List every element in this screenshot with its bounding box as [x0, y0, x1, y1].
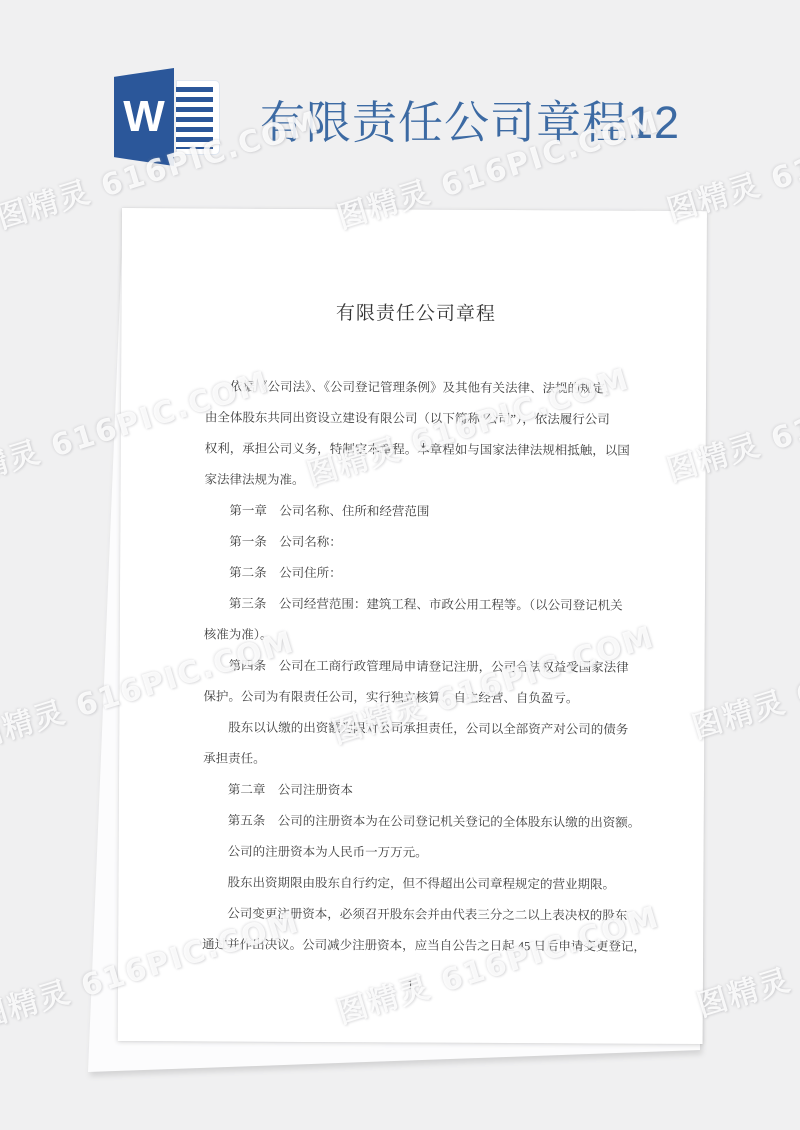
doc-line: 第二章 公司注册资本: [203, 774, 624, 807]
header-title: 有限责任公司章程12: [260, 86, 680, 151]
word-letter: W: [123, 95, 165, 139]
preview-canvas: W 有限责任公司章程12 有限责任公司章程 依据《公司法》、《公司登记管理条例》…: [0, 0, 800, 1130]
doc-line: 股东出资期限由股东自行约定，但不得超出公司章程规定的营业期限。: [202, 867, 623, 900]
doc-line: 通过并作出决议。公司减少注册资本，应当自公告之日起 45 日后申请变更登记，: [202, 929, 623, 962]
word-icon: W: [112, 66, 234, 168]
doc-line: 第二条 公司住所：: [204, 557, 625, 590]
doc-line: 第一条 公司名称：: [204, 526, 625, 559]
word-doc-sheet: [176, 80, 220, 155]
doc-line: 第三条 公司经营范围：建筑工程、市政公用工程等。（以公司登记机关: [204, 588, 625, 621]
doc-line: 权利，承担公司义务，特制定本章程。本章程如与国家法律法规相抵触，以国: [205, 433, 626, 466]
doc-line: 保护。公司为有限责任公司，实行独立核算、自主经营、自负盈亏。: [203, 681, 624, 714]
doc-line: 公司变更注册资本，必须召开股东会并由代表三分之二以上表决权的股东: [202, 898, 623, 931]
doc-line: 股东以认缴的出资额为限对公司承担责任，公司以全部资产对公司的债务: [203, 712, 624, 745]
doc-body: 依据《公司法》、《公司登记管理条例》及其他有关法律、法规的规定，由全体股东共同出…: [202, 371, 626, 962]
doc-line: 第一章 公司名称、住所和经营范围: [204, 495, 625, 528]
word-doc-lines: [176, 87, 213, 149]
doc-line: 依据《公司法》、《公司登记管理条例》及其他有关法律、法规的规定，: [205, 371, 626, 404]
doc-line: 第四条 公司在工商行政管理局申请登记注册，公司合法权益受国家法律: [204, 650, 625, 683]
doc-line: 核准为准）。: [204, 619, 625, 652]
doc-line: 承担责任。: [203, 743, 624, 776]
page-number: 1: [118, 976, 703, 994]
doc-line: 家法律法规为准。: [204, 464, 625, 497]
document-page: 有限责任公司章程 依据《公司法》、《公司登记管理条例》及其他有关法律、法规的规定…: [118, 208, 707, 1044]
doc-title: 有限责任公司章程: [205, 297, 626, 326]
word-w-panel: W: [114, 68, 174, 166]
doc-line: 由全体股东共同出资设立建设有限公司（以下简称“公司”），依法履行公司: [205, 402, 626, 435]
doc-line: 第五条 公司的注册资本为在公司登记机关登记的全体股东认缴的出资额。: [203, 805, 624, 838]
doc-line: 公司的注册资本为人民币一万万元。: [203, 836, 624, 869]
